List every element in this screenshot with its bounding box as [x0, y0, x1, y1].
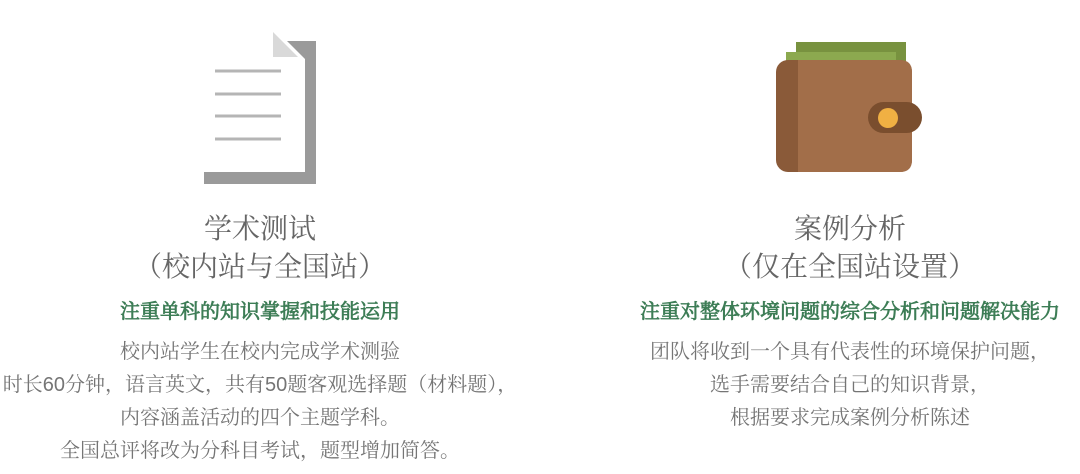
section-case-analysis: 案例分析 （仅在全国站设置） 注重对整体环境问题的综合分析和问题解决能力 团队将… [570, 0, 1080, 435]
highlight-text: 注重对整体环境问题的综合分析和问题解决能力 [570, 298, 1080, 326]
column-subtitle: （校内站与全国站） [0, 248, 540, 286]
document-icon [204, 28, 316, 184]
academic-test-icon-box [0, 0, 540, 185]
body-line: 团队将收到一个具有代表性的环境保护问题， [570, 336, 1080, 369]
highlight-text: 注重单科的知识掌握和技能运用 [0, 298, 540, 326]
body-line: 选手需要结合自己的知识背景， [570, 369, 1080, 402]
body-text: 团队将收到一个具有代表性的环境保护问题，选手需要结合自己的知识背景，根据要求完成… [570, 336, 1080, 435]
case-analysis-icon-box [570, 0, 1080, 185]
body-line: 时长60分钟，语言英文，共有50题客观选择题（材料题）， [0, 369, 540, 402]
column-title: 学术测试 [0, 210, 540, 248]
wallet-icon [776, 42, 924, 172]
wallet-button [878, 108, 898, 128]
column-title: 案例分析 [570, 210, 1080, 248]
body-line: 全国总评将改为分科目考试，题型增加简答。 [0, 435, 540, 468]
body-line: 校内站学生在校内完成学术测验 [0, 336, 540, 369]
document-shadow-edge [204, 41, 316, 184]
section-academic-test: 学术测试 （校内站与全国站） 注重单科的知识掌握和技能运用 校内站学生在校内完成… [0, 0, 540, 468]
body-line: 根据要求完成案例分析陈述 [570, 402, 1080, 435]
column-subtitle: （仅在全国站设置） [570, 248, 1080, 286]
body-line: 内容涵盖活动的四个主题学科。 [0, 402, 540, 435]
document-text-lines [215, 71, 281, 139]
body-text: 校内站学生在校内完成学术测验时长60分钟，语言英文，共有50题客观选择题（材料题… [0, 336, 540, 468]
